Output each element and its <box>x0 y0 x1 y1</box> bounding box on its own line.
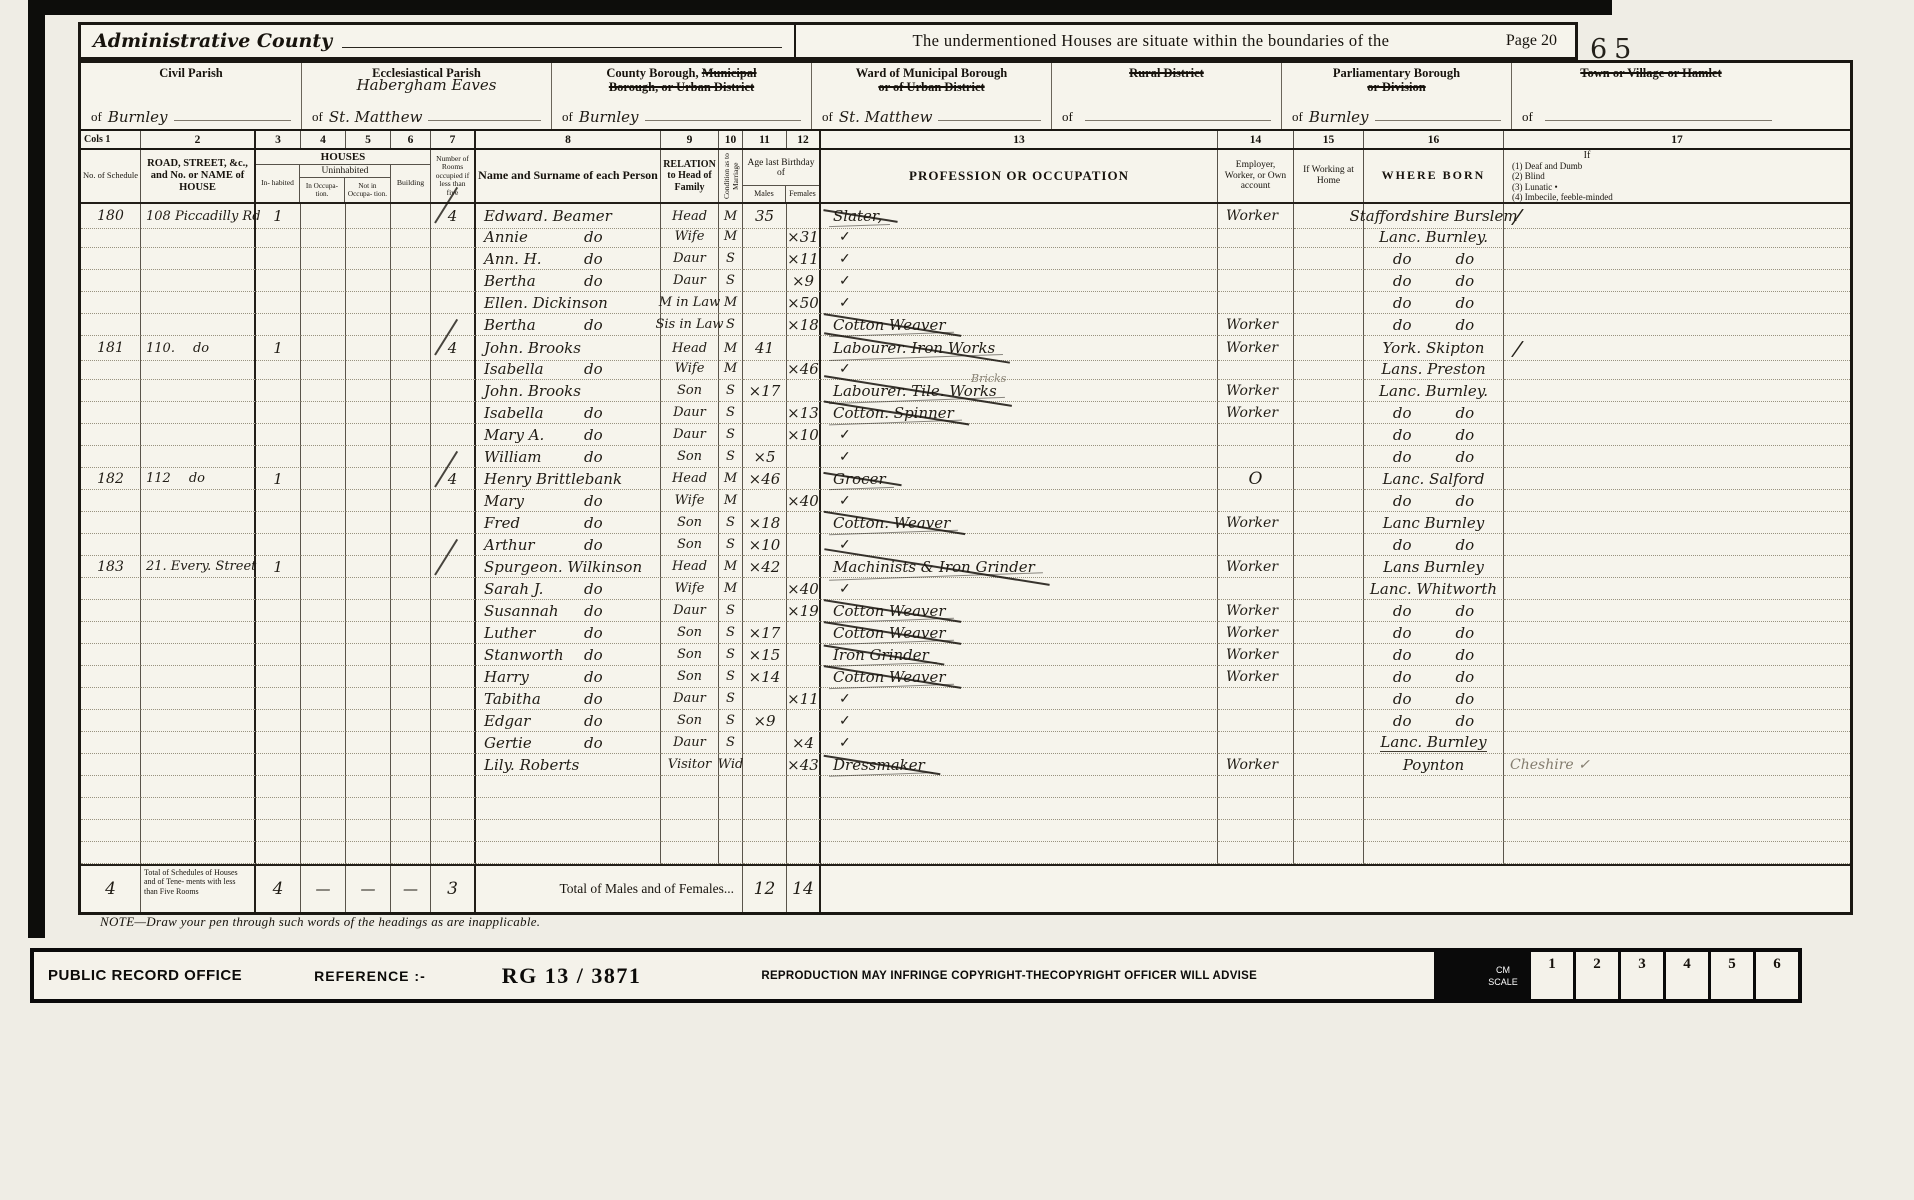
rooms-cell <box>431 358 476 380</box>
condition-cell: S <box>719 424 743 446</box>
relation-cell <box>661 776 719 798</box>
inhabited-cell <box>256 754 301 776</box>
infirmity-cell <box>1504 270 1850 292</box>
ditto-mark: do <box>584 514 603 532</box>
age-female-cell: ×40 <box>787 490 821 512</box>
rooms-cell <box>431 776 476 798</box>
condition-text: M <box>724 229 737 244</box>
blank-underline <box>938 110 1041 121</box>
ditto-mark: do <box>584 536 603 554</box>
ditto-mark: do <box>189 471 205 486</box>
age-female-cell <box>787 798 821 820</box>
address-cell <box>141 842 256 864</box>
age-female-value: ×11 <box>787 690 819 708</box>
employer-cell: Worker <box>1218 402 1294 424</box>
infirmity-cell <box>1504 644 1850 666</box>
condition-text: S <box>726 427 735 442</box>
building-cell <box>391 578 431 600</box>
administrative-county-blank-line <box>342 34 782 48</box>
relation-cell: Daur <box>661 600 719 622</box>
building-cell <box>391 776 431 798</box>
schedule-cell <box>81 292 141 314</box>
work-home-cell <box>1294 798 1364 820</box>
occupation-text: Cotton Weaver <box>833 624 946 642</box>
condition-cell: M <box>719 358 743 380</box>
relation-cell: Daur <box>661 732 719 754</box>
totals-inhabited-value: 4 <box>273 879 284 899</box>
schedule-cell <box>81 732 141 754</box>
building-cell <box>391 490 431 512</box>
occupation-text: Dressmaker <box>833 756 925 774</box>
condition-cell: S <box>719 622 743 644</box>
age-female-value: ×18 <box>787 316 819 334</box>
address-cell <box>141 710 256 732</box>
ditto-mark: do <box>584 624 603 642</box>
age-male-value: ×42 <box>749 558 781 576</box>
table-row: Lily. RobertsVisitorWid×43DressmakerWork… <box>81 754 1850 776</box>
rooms-cell <box>431 226 476 248</box>
age-female-cell: ×11 <box>787 248 821 270</box>
name-cell: Spurgeon. Wilkinson <box>476 556 661 578</box>
employer-text: Worker <box>1226 757 1278 773</box>
employer-text: Worker <box>1226 559 1278 575</box>
relation-cell: Daur <box>661 424 719 446</box>
address-cell <box>141 446 256 468</box>
address-cell <box>141 402 256 424</box>
relation-cell <box>661 798 719 820</box>
column-number: 6 <box>391 131 431 148</box>
parish-field: County Borough, MunicipalBorough, or Urb… <box>551 63 811 129</box>
occupation-cell: ✓ <box>821 270 1218 292</box>
name-cell: Ann. H.do <box>476 248 661 270</box>
totals-not-in-occupation-cell: — <box>346 866 391 912</box>
employer-text: Worker <box>1226 515 1278 531</box>
birthplace-text: do <box>1393 712 1412 730</box>
relation-cell: Son <box>661 534 719 556</box>
work-home-cell <box>1294 402 1364 424</box>
age-male-cell: ×17 <box>743 622 787 644</box>
ditto-mark: do <box>1456 646 1475 664</box>
ditto-mark: do <box>584 602 603 620</box>
not-in-occupation-cell <box>346 622 391 644</box>
age-male-cell <box>743 600 787 622</box>
ruler-cell: 3 <box>1618 952 1663 999</box>
parish-field-value: St. Matthew <box>329 108 423 126</box>
employer-cell: Worker <box>1218 622 1294 644</box>
age-female-cell <box>787 820 821 842</box>
birthplace-text: do <box>1393 624 1412 642</box>
occupation-cell: ✓ <box>821 358 1218 380</box>
ditto-mark: do <box>584 712 603 730</box>
in-occupation-cell <box>301 622 346 644</box>
birthplace-cell: Lanc Burnley <box>1364 512 1504 534</box>
table-row: WilliamdoSonS×5✓dodo <box>81 446 1850 468</box>
age-female-value: ×9 <box>792 272 814 290</box>
age-male-cell <box>743 842 787 864</box>
age-female-value: ×40 <box>787 580 819 598</box>
schedule-cell: 182 <box>81 468 141 490</box>
condition-text: S <box>726 537 735 552</box>
occupation-text: Cotton Weaver <box>833 602 946 620</box>
rooms-cell <box>431 402 476 424</box>
parish-field-value-line: ofBurnley <box>562 107 801 125</box>
rooms-cell <box>431 732 476 754</box>
not-in-occupation-cell <box>346 754 391 776</box>
condition-cell: S <box>719 644 743 666</box>
not-in-occupation-cell <box>346 270 391 292</box>
birthplace-cell: dodo <box>1364 666 1504 688</box>
rooms-cell <box>431 798 476 820</box>
marginal-note: Cheshire ✓ <box>1504 757 1590 773</box>
relation-text: Head <box>672 471 707 486</box>
rooms-cell <box>431 710 476 732</box>
scan-edge-left <box>28 0 45 938</box>
table-row: SusannahdoDaurS×19Cotton WeaverWorkerdod… <box>81 600 1850 622</box>
table-row: Sarah J.doWifeM×40✓Lanc. Whitworth <box>81 578 1850 600</box>
check-mark: ✓ <box>833 713 851 729</box>
header-infirmities-if: If <box>1512 150 1662 161</box>
not-in-occupation-cell <box>346 798 391 820</box>
blank-underline <box>428 110 541 121</box>
census-scan-page: Administrative County The undermentioned… <box>0 0 1914 1200</box>
age-female-cell: ×50 <box>787 292 821 314</box>
address-cell <box>141 732 256 754</box>
rooms-cell <box>431 644 476 666</box>
header-uninhabited-title: Uninhabited <box>300 165 390 178</box>
parish-field-label: County Borough, MunicipalBorough, or Urb… <box>552 66 811 94</box>
building-cell <box>391 226 431 248</box>
address-cell <box>141 622 256 644</box>
condition-text: S <box>726 603 735 618</box>
building-cell <box>391 666 431 688</box>
not-in-occupation-cell <box>346 358 391 380</box>
condition-text: S <box>726 383 735 398</box>
age-male-cell: ×46 <box>743 468 787 490</box>
relation-text: Daur <box>673 691 706 706</box>
schedule-cell <box>81 270 141 292</box>
occupation-cell: Machinists & Iron Grinder <box>821 556 1218 578</box>
employer-cell <box>1218 732 1294 754</box>
name-cell: Berthado <box>476 314 661 336</box>
schedule-cell <box>81 710 141 732</box>
relation-text: Daur <box>673 251 706 266</box>
table-row: 180108 Piccadilly Rd14Edward. BeamerHead… <box>81 204 1850 226</box>
rooms-cell <box>431 622 476 644</box>
person-name: Gertie <box>484 734 532 752</box>
ditto-mark: do <box>584 646 603 664</box>
condition-text: M <box>724 209 737 224</box>
birthplace-text: do <box>1393 294 1412 312</box>
infirmity-cell <box>1504 622 1850 644</box>
address-cell <box>141 798 256 820</box>
person-name: Mary A. <box>484 426 544 444</box>
person-name: Ellen. Dickinson <box>484 294 608 312</box>
header-uninhabited-group: Uninhabited In Occupa- tion. Not in Occu… <box>300 165 391 202</box>
infirmity-cell <box>1504 798 1850 820</box>
name-cell: Sarah J.do <box>476 578 661 600</box>
inhabited-cell <box>256 820 301 842</box>
condition-text: M <box>724 493 737 508</box>
condition-cell: S <box>719 314 743 336</box>
building-cell <box>391 710 431 732</box>
column-number: 14 <box>1218 131 1294 148</box>
inhabited-cell <box>256 622 301 644</box>
condition-cell: S <box>719 666 743 688</box>
inhabited-cell <box>256 490 301 512</box>
relation-cell: Head <box>661 556 719 578</box>
relation-cell: Sis in Law <box>661 314 719 336</box>
person-name: Ann. H. <box>484 250 542 268</box>
infirmity-cell <box>1504 380 1850 402</box>
check-mark: ✓ <box>833 229 851 245</box>
birthplace-cell: Lanc. Burnley. <box>1364 226 1504 248</box>
name-cell: Isabellado <box>476 402 661 424</box>
birthplace-text: do <box>1393 404 1412 422</box>
inhabited-cell <box>256 512 301 534</box>
occupation-text: Cotton Weaver <box>833 668 946 686</box>
person-name: Henry Brittlebank <box>484 470 622 488</box>
age-female-cell <box>787 842 821 864</box>
work-home-cell <box>1294 446 1364 468</box>
age-male-cell: ×42 <box>743 556 787 578</box>
birthplace-text: do <box>1393 668 1412 686</box>
parish-field-value-line: ofBurnley <box>1292 107 1501 125</box>
blank-underline <box>1375 110 1501 121</box>
header-inhabited: In- habited <box>256 165 300 202</box>
person-name: Isabella <box>484 404 544 422</box>
condition-text: Wid <box>718 757 744 772</box>
infirmity-cell <box>1504 556 1850 578</box>
name-cell: Lily. Roberts <box>476 754 661 776</box>
infirmity-cell <box>1504 248 1850 270</box>
occupation-cell: ✓ <box>821 732 1218 754</box>
employer-cell: Worker <box>1218 314 1294 336</box>
employer-cell: Worker <box>1218 556 1294 578</box>
person-name: Luther <box>484 624 535 642</box>
inhabited-cell <box>256 798 301 820</box>
infirmity-cell <box>1504 776 1850 798</box>
table-row: HarrydoSonS×14Cotton WeaverWorkerdodo <box>81 666 1850 688</box>
totals-males-value: 12 <box>754 879 776 899</box>
birthplace-text: Lanc. Salford <box>1383 470 1485 488</box>
inhabited-cell <box>256 424 301 446</box>
building-cell <box>391 798 431 820</box>
birthplace-text: Lans Burnley <box>1383 558 1484 576</box>
employer-text: Worker <box>1226 383 1278 399</box>
age-female-value: ×40 <box>787 492 819 510</box>
address-cell <box>141 248 256 270</box>
not-in-occupation-cell <box>346 314 391 336</box>
name-cell: Tabithado <box>476 688 661 710</box>
in-occupation-cell <box>301 534 346 556</box>
ditto-mark: do <box>584 272 603 290</box>
ditto-mark: do <box>584 668 603 686</box>
rooms-cell <box>431 424 476 446</box>
form-main-box: Civil ParishofBurnleyEcclesiastical Pari… <box>78 60 1853 915</box>
in-occupation-cell <box>301 358 346 380</box>
address-cell <box>141 688 256 710</box>
age-female-value: ×11 <box>787 250 819 268</box>
pro-reference-value: RG 13 / 3871 <box>502 963 642 989</box>
employer-cell <box>1218 688 1294 710</box>
building-cell <box>391 358 431 380</box>
scale-ruler: 123456 <box>1528 952 1798 999</box>
age-male-value: ×17 <box>749 624 781 642</box>
relation-text: Visitor <box>668 757 711 772</box>
header-employer: Employer, Worker, or Own account <box>1218 150 1294 202</box>
employer-text: O <box>1249 469 1263 489</box>
not-in-occupation-cell <box>346 688 391 710</box>
condition-text: M <box>724 341 737 356</box>
infirmity-cell <box>1504 842 1850 864</box>
ruler-cell: 1 <box>1528 952 1573 999</box>
table-row: John. BrooksSonS×17Labourer. Tile. Works… <box>81 380 1850 402</box>
infirmity-cell <box>1504 490 1850 512</box>
relation-cell: Son <box>661 644 719 666</box>
occupation-cell: ✓ <box>821 490 1218 512</box>
name-cell: Ellen. Dickinson <box>476 292 661 314</box>
ditto-mark: do <box>584 360 603 378</box>
infirmity-list-item: (1) Deaf and Dumb <box>1512 161 1672 171</box>
relation-text: Son <box>677 515 702 530</box>
work-home-cell <box>1294 776 1364 798</box>
totals-inhabited-cell: 4 <box>256 866 301 912</box>
person-name: Sarah J. <box>484 580 543 598</box>
schedule-cell <box>81 798 141 820</box>
inhabited-cell: 1 <box>256 556 301 578</box>
address-cell <box>141 600 256 622</box>
inhabited-count: 1 <box>273 470 283 488</box>
parish-field-label: Ward of Municipal Boroughor of Urban Dis… <box>812 66 1051 94</box>
person-name: Isabella <box>484 360 544 378</box>
person-name: Harry <box>484 668 529 686</box>
inhabited-cell <box>256 270 301 292</box>
birthplace-cell: dodo <box>1364 424 1504 446</box>
infirmity-cell <box>1504 402 1850 424</box>
employer-cell <box>1218 842 1294 864</box>
schedule-cell <box>81 248 141 270</box>
not-in-occupation-cell <box>346 292 391 314</box>
birthplace-cell <box>1364 776 1504 798</box>
check-mark: ✓ <box>833 273 851 289</box>
of-word: of <box>312 109 323 125</box>
not-in-occupation-cell <box>346 380 391 402</box>
parish-field-value-line: of <box>1062 109 1271 125</box>
relation-cell: Daur <box>661 270 719 292</box>
employer-text: Worker <box>1226 208 1278 224</box>
check-mark: ✓ <box>833 449 851 465</box>
parish-field-label: Rural District <box>1052 66 1281 80</box>
age-male-value: 41 <box>755 339 774 357</box>
work-home-cell <box>1294 732 1364 754</box>
column-number: 5 <box>346 131 391 148</box>
address-text: 108 Piccadilly Rd <box>146 209 261 224</box>
ditto-mark: do <box>1456 492 1475 510</box>
in-occupation-cell <box>301 732 346 754</box>
schedule-number: 181 <box>97 340 124 356</box>
pro-reference-panel: PUBLIC RECORD OFFICE REFERENCE :- RG 13 … <box>34 952 1434 999</box>
parish-field: Parliamentary Boroughor DivisionofBurnle… <box>1281 63 1511 129</box>
ruler-cell: 5 <box>1708 952 1753 999</box>
occupation-cell: ✓ <box>821 534 1218 556</box>
work-home-cell <box>1294 622 1364 644</box>
name-cell: Williamdo <box>476 446 661 468</box>
header-profession: PROFESSION OR OCCUPATION <box>821 150 1218 202</box>
employer-text: Worker <box>1226 340 1278 356</box>
inhabited-cell <box>256 358 301 380</box>
work-home-cell <box>1294 226 1364 248</box>
totals-schedules-cell: 4 <box>81 866 141 912</box>
in-occupation-cell <box>301 710 346 732</box>
age-male-value: 35 <box>755 207 774 225</box>
birthplace-cell: dodo <box>1364 600 1504 622</box>
building-cell <box>391 688 431 710</box>
age-male-cell <box>743 314 787 336</box>
ditto-mark: do <box>1456 668 1475 686</box>
employer-cell <box>1218 358 1294 380</box>
not-in-occupation-cell <box>346 490 391 512</box>
relation-text: Son <box>677 647 702 662</box>
schedule-cell <box>81 534 141 556</box>
birthplace-text: do <box>1393 448 1412 466</box>
check-mark: ✓ <box>833 251 851 267</box>
page-number: Page 20 <box>1506 32 1575 50</box>
column-headers: No. of Schedule ROAD, STREET, &c., and N… <box>81 150 1850 204</box>
table-row: Ann. H.doDaurS×11✓dodo <box>81 248 1850 270</box>
parish-field-prevalue: Habergham Eaves <box>302 76 551 94</box>
condition-text: S <box>726 317 735 332</box>
building-cell <box>391 446 431 468</box>
employer-cell <box>1218 776 1294 798</box>
parish-band: Civil ParishofBurnleyEcclesiastical Pari… <box>81 63 1850 131</box>
employer-cell: Worker <box>1218 754 1294 776</box>
age-female-cell <box>787 622 821 644</box>
condition-cell: S <box>719 600 743 622</box>
age-female-cell: ×13 <box>787 402 821 424</box>
address-cell <box>141 270 256 292</box>
infirmity-cell <box>1504 226 1850 248</box>
age-female-cell: ×10 <box>787 424 821 446</box>
table-row: ArthurdoSonS×10✓dodo <box>81 534 1850 556</box>
empty-row <box>81 776 1850 798</box>
pro-reference-label: REFERENCE :- <box>314 968 426 984</box>
birthplace-text: Lanc. Whitworth <box>1370 580 1497 598</box>
person-name: Arthur <box>484 536 535 554</box>
name-cell: Henry Brittlebank <box>476 468 661 490</box>
column-number: 4 <box>301 131 346 148</box>
infirmity-cell <box>1504 578 1850 600</box>
relation-cell <box>661 842 719 864</box>
occupation-cell: ✓ <box>821 446 1218 468</box>
birthplace-text: Lanc. Burnley. <box>1379 382 1488 400</box>
birthplace-text: do <box>1393 646 1412 664</box>
age-female-cell <box>787 556 821 578</box>
age-male-cell <box>743 688 787 710</box>
header-age-group: Age last Birthday of Males Females <box>743 150 821 202</box>
infirmity-cell <box>1504 534 1850 556</box>
rooms-count: 4 <box>448 470 458 488</box>
condition-text: S <box>726 735 735 750</box>
table-row: AnniedoWifeM×31✓Lanc. Burnley. <box>81 226 1850 248</box>
inhabited-cell <box>256 578 301 600</box>
condition-text: M <box>724 295 737 310</box>
not-in-occupation-cell <box>346 468 391 490</box>
form-banner: Administrative County The undermentioned… <box>78 22 1578 60</box>
not-in-occupation-cell <box>346 424 391 446</box>
inhabited-count: 1 <box>273 207 283 225</box>
parish-field: Town or Village or Hamletof <box>1511 63 1856 129</box>
age-male-cell <box>743 270 787 292</box>
